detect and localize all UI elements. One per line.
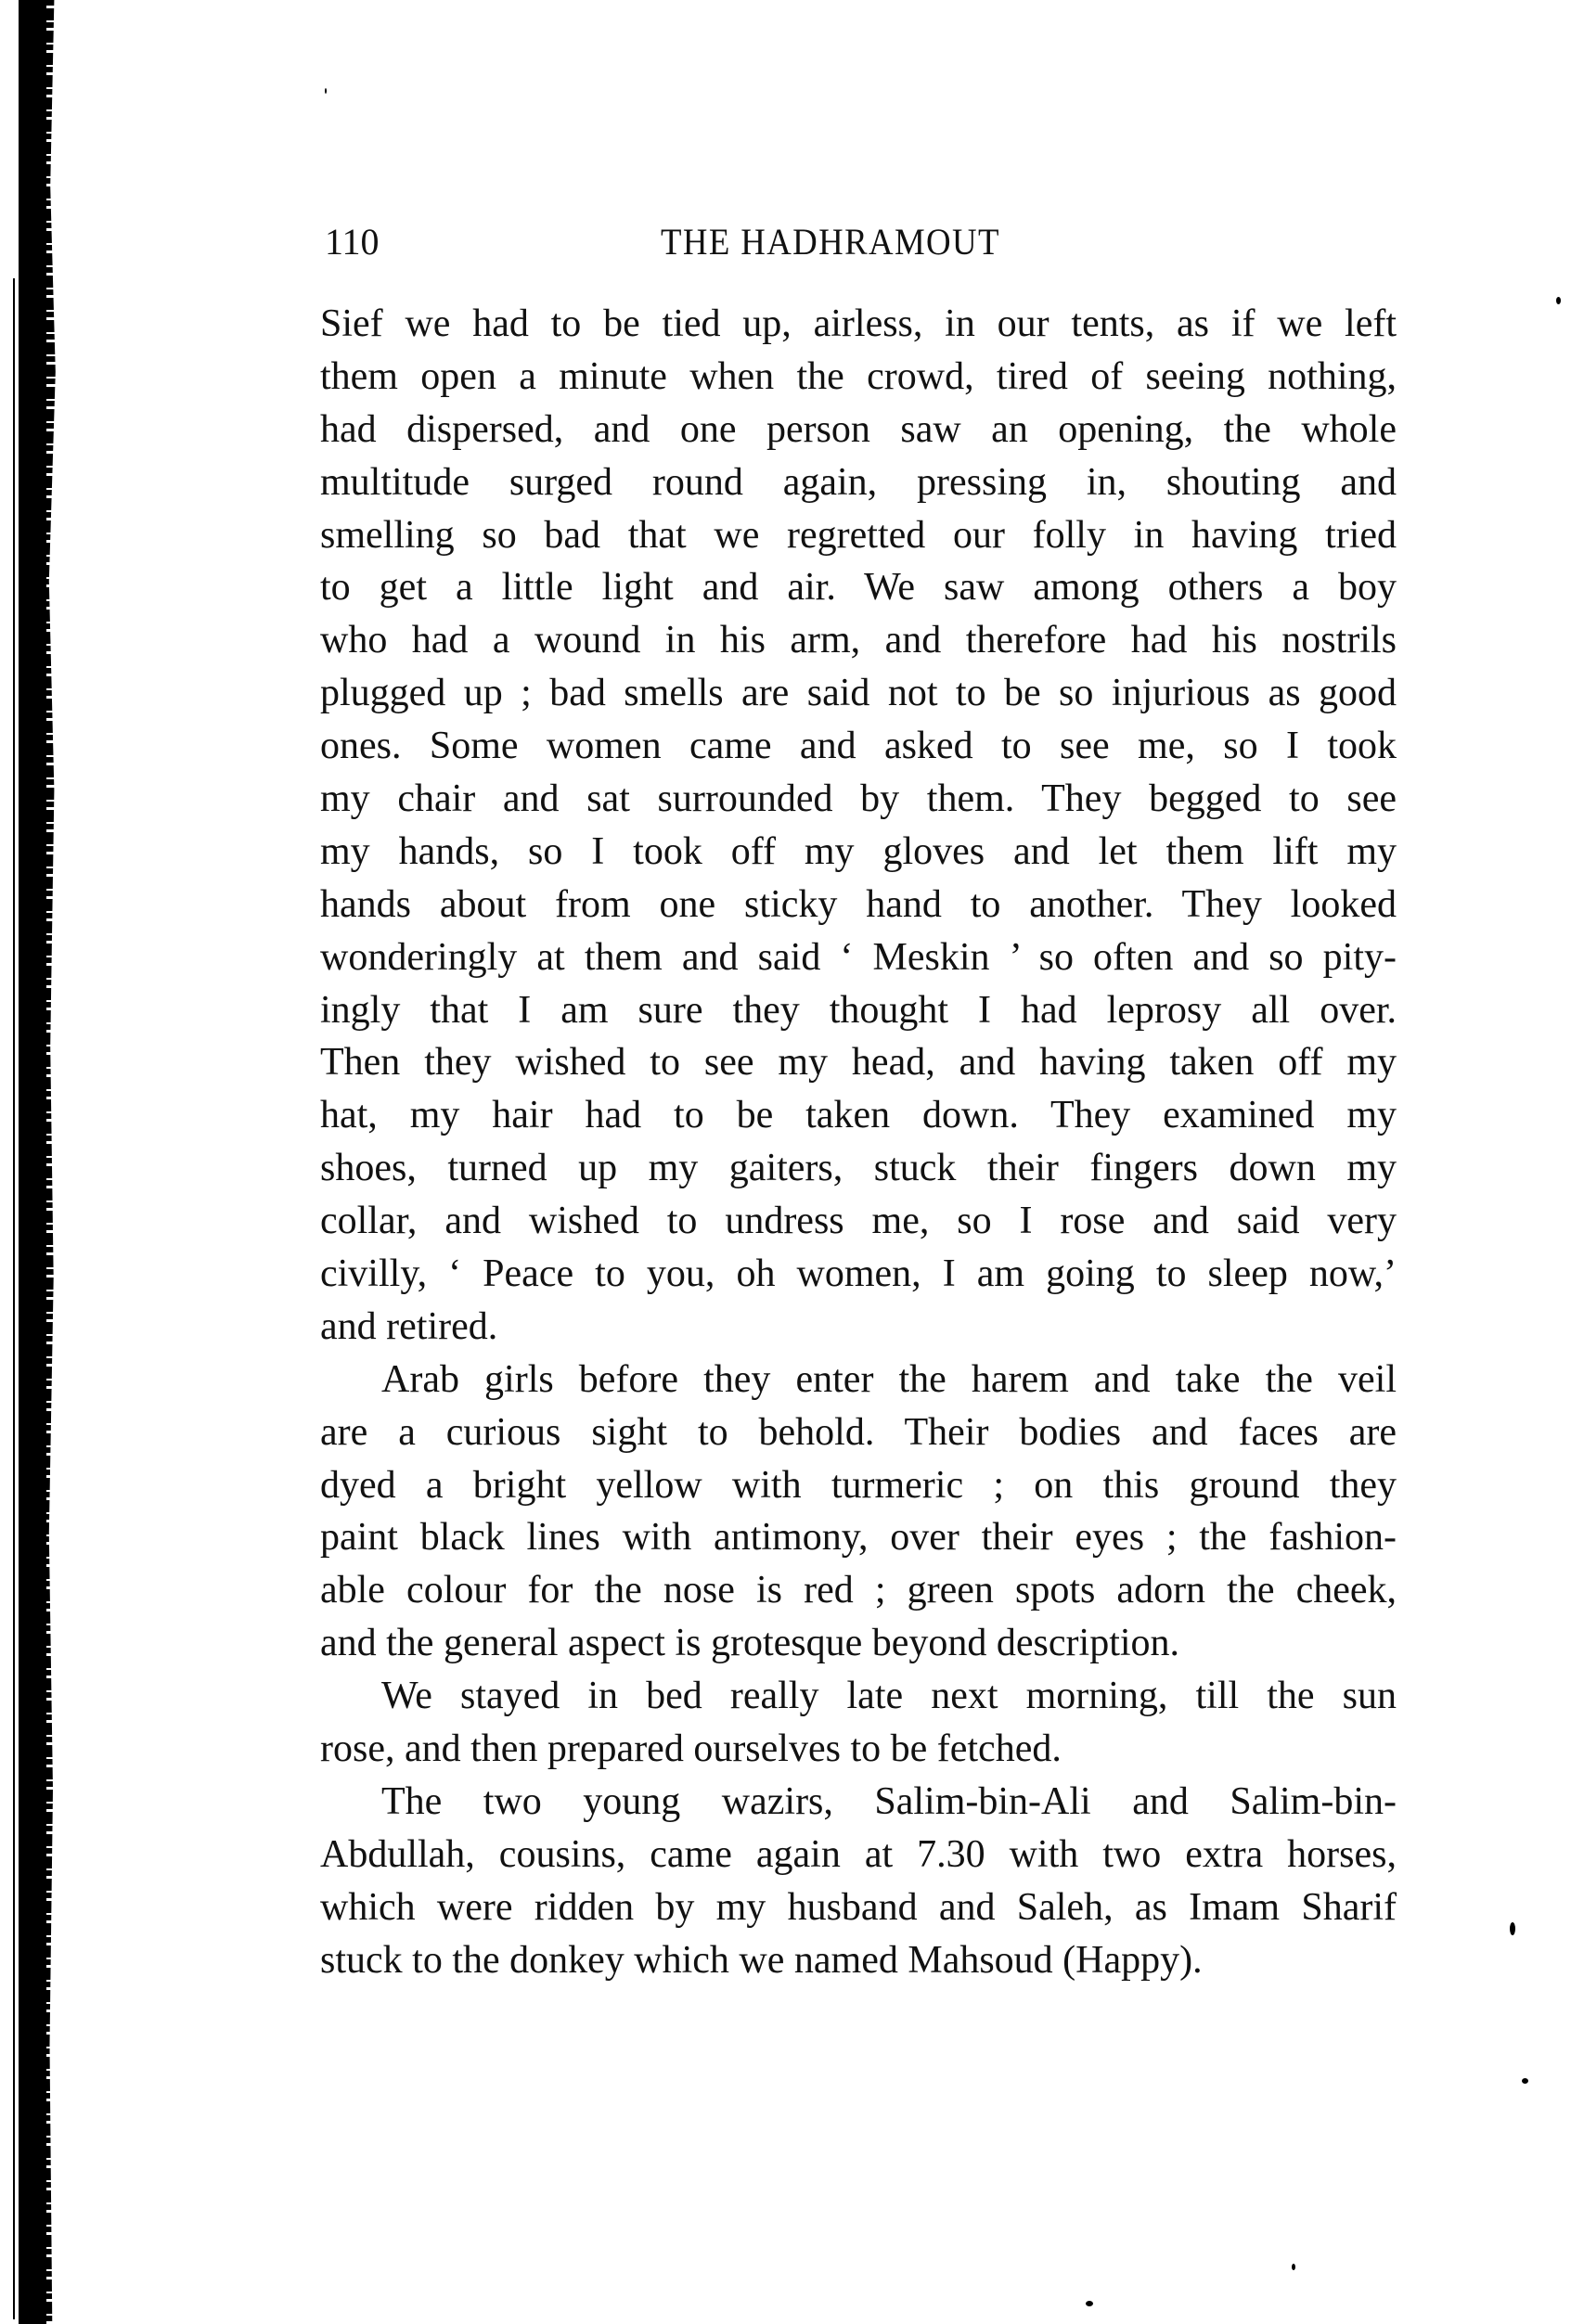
- text-line: collar, and wished to undress me, so I r…: [320, 1195, 1397, 1248]
- text-line: shoes, turned up my gaiters, stuck their…: [320, 1142, 1397, 1195]
- paragraph: Arab girls before they enter the harem a…: [320, 1354, 1397, 1670]
- page-number: 110: [325, 219, 380, 265]
- text-line: my hands, so I took off my gloves and le…: [320, 826, 1397, 879]
- text-line: The two young wazirs, Salim-bin-Ali and …: [320, 1776, 1397, 1829]
- text-line: rose, and then prepared ourselves to be …: [320, 1723, 1397, 1776]
- text-line: hands about from one sticky hand to anot…: [320, 879, 1397, 931]
- book-binding-shadow: [19, 0, 46, 2324]
- scan-speck: [1086, 2301, 1093, 2306]
- running-head: 110 THE HADHRAMOUT: [320, 219, 1397, 265]
- text-line: Then they wished to see my head, and hav…: [320, 1036, 1397, 1089]
- running-head-title: THE HADHRAMOUT: [661, 219, 1000, 265]
- text-line: plugged up ; bad smells are said not to …: [320, 667, 1397, 720]
- text-line: Abdullah, cousins, came again at 7.30 wi…: [320, 1829, 1397, 1881]
- text-line: able colour for the nose is red ; green …: [320, 1564, 1397, 1617]
- text-line: We stayed in bed really late next mornin…: [320, 1670, 1397, 1723]
- text-line: civilly, ‘ Peace to you, oh women, I am …: [320, 1248, 1397, 1301]
- text-line: Sief we had to be tied up, airless, in o…: [320, 298, 1397, 351]
- paragraph: Sief we had to be tied up, airless, in o…: [320, 298, 1397, 1354]
- scan-speck: [1522, 2078, 1528, 2084]
- book-binding-edge: [46, 0, 59, 2324]
- scan-speck: [1556, 297, 1561, 304]
- binding-margin-line: [13, 278, 15, 2319]
- text-line: my chair and sat surrounded by them. The…: [320, 773, 1397, 826]
- text-line: and the general aspect is grotesque beyo…: [320, 1617, 1397, 1670]
- text-line: smelling so bad that we regretted our fo…: [320, 509, 1397, 562]
- text-line: are a curious sight to behold. Their bod…: [320, 1406, 1397, 1459]
- scan-speck: [1292, 2264, 1295, 2270]
- text-line: hat, my hair had to be taken down. They …: [320, 1089, 1397, 1142]
- text-line: stuck to the donkey which we named Mahso…: [320, 1934, 1397, 1987]
- text-line: ones. Some women came and asked to see m…: [320, 720, 1397, 773]
- body-text: Sief we had to be tied up, airless, in o…: [320, 298, 1397, 1987]
- text-line: ingly that I am sure they thought I had …: [320, 984, 1397, 1037]
- scan-speck: [325, 88, 327, 94]
- text-line: which were ridden by my husband and Sale…: [320, 1881, 1397, 1934]
- text-line: to get a little light and air. We saw am…: [320, 561, 1397, 614]
- text-line: wonderingly at them and said ‘ Meskin ’ …: [320, 931, 1397, 984]
- paragraph: The two young wazirs, Salim-bin-Ali and …: [320, 1776, 1397, 1987]
- text-line: who had a wound in his arm, and therefor…: [320, 614, 1397, 667]
- paragraph: We stayed in bed really late next mornin…: [320, 1670, 1397, 1776]
- text-line: Arab girls before they enter the harem a…: [320, 1354, 1397, 1406]
- text-line: dyed a bright yellow with turmeric ; on …: [320, 1459, 1397, 1512]
- text-line: them open a minute when the crowd, tired…: [320, 351, 1397, 404]
- text-line: paint black lines with antimony, over th…: [320, 1511, 1397, 1564]
- text-line: multitude surged round again, pressing i…: [320, 456, 1397, 509]
- text-line: had dispersed, and one person saw an ope…: [320, 404, 1397, 456]
- scan-speck: [1510, 1922, 1515, 1935]
- text-line: and retired.: [320, 1301, 1397, 1354]
